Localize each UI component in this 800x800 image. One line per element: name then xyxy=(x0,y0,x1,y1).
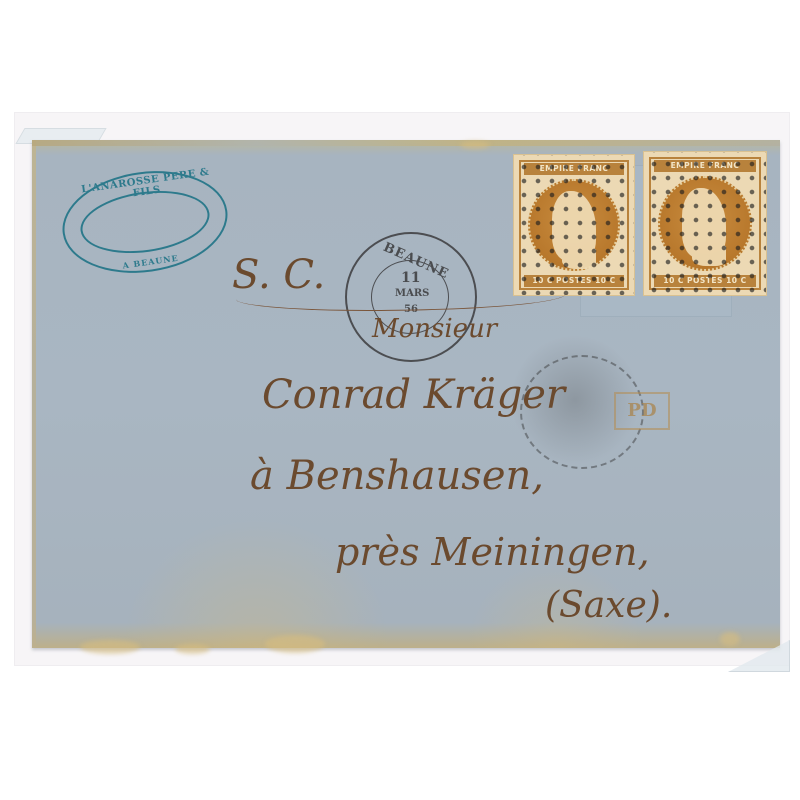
postage-stamp-1: EMPIRE FRANC 10 C POSTES 10 C xyxy=(513,154,635,296)
postage-stamp-2: EMPIRE FRANC 10 C POSTES 10 C xyxy=(643,151,767,296)
address-line-name: Conrad Kräger xyxy=(262,372,565,418)
losange-cancel xyxy=(644,152,766,295)
toning-stain xyxy=(720,632,740,646)
toning-stain xyxy=(80,640,140,654)
pd-boxed-mark: PD xyxy=(614,392,670,430)
address-line-salutation: Monsieur xyxy=(372,314,497,344)
toning-stain xyxy=(175,644,210,654)
toning-stain xyxy=(460,141,490,149)
cover-top-edge xyxy=(32,140,780,146)
toning-stain xyxy=(265,635,325,653)
address-line-region: (Saxe). xyxy=(545,585,672,626)
address-line-near: près Meiningen, xyxy=(335,530,650,574)
losange-cancel xyxy=(514,155,634,295)
address-line-town: à Benshausen, xyxy=(250,453,544,499)
